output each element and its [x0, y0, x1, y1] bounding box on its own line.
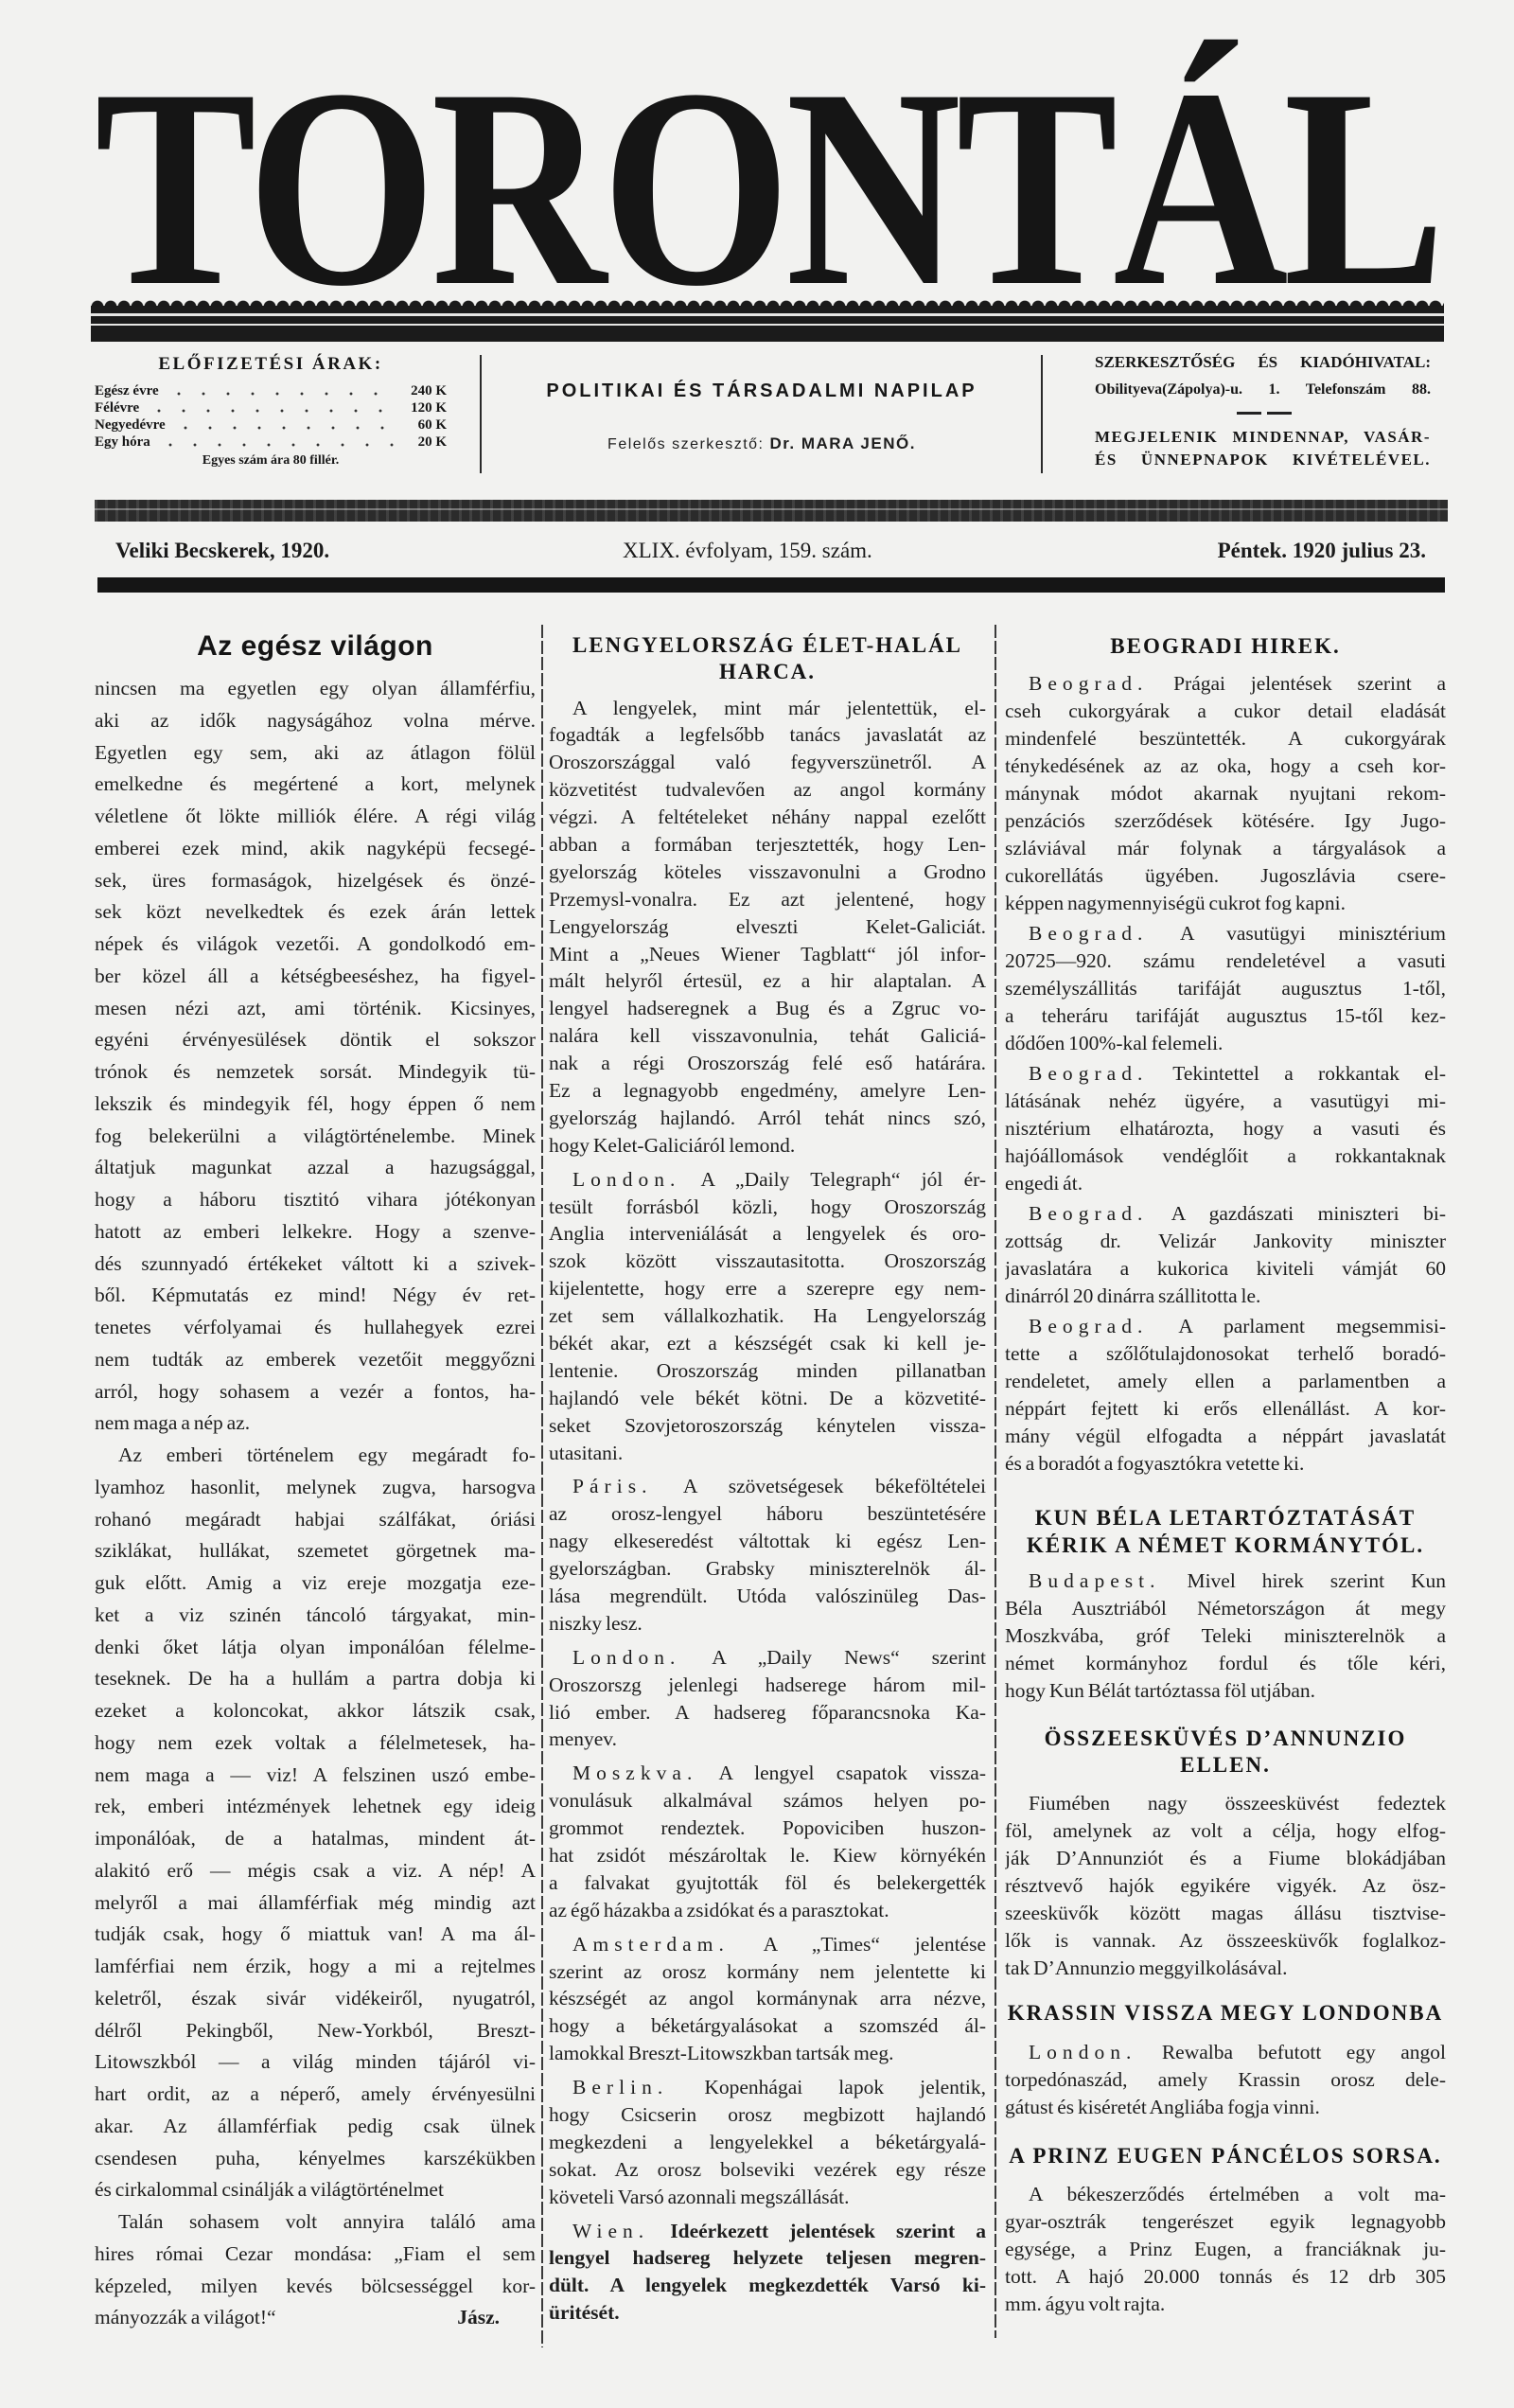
text-line: seket Szovjetoroszország kénytelen vissz… — [549, 1412, 986, 1440]
text-line: fogadták a legfelsőbb tanács javaslatát … — [549, 721, 986, 749]
article-paragraph: Beograd. Tekintettel a rokkantak el-látá… — [1005, 1060, 1446, 1197]
line-text: föl, amelynek az volt a célja, hogy elfo… — [1005, 1819, 1446, 1842]
text-line: dés szunnyadó értékeket váltott ki a szi… — [95, 1248, 536, 1281]
text-line: föl, amelynek az volt a célja, hogy elfo… — [1005, 1817, 1446, 1845]
office-address: Obilityeva(Zápolya)-u. 1. Telefonszám 88… — [1095, 379, 1431, 401]
header-center: POLITIKAI ÉS TÁRSADALMI NAPILAP Felelős … — [483, 352, 1041, 473]
line-text: lengyel hadseregnek a Bug és a Zgruc vo- — [549, 997, 986, 1019]
line-text: A lengyel csapatok vissza- — [697, 1762, 986, 1784]
text-line: London. A „Daily Telegraph“ jól ér- — [549, 1166, 986, 1194]
text-line: hogy a béketárgyalásokat a szomszéd ál- — [549, 2012, 986, 2040]
line-text: ket a viz szinén táncoló tárgyakat, min- — [95, 1603, 536, 1626]
text-line: Beograd. Prágai jelentések szerint a — [1005, 670, 1446, 698]
headline-line: LENGYELORSZÁG ÉLET-HALÁL — [549, 632, 986, 659]
text-line: tenetes vérfolyamai és hullahegyek ezrei — [95, 1312, 536, 1344]
line-text: személyszállitás tarifáját augusztus 1-t… — [1005, 977, 1446, 1000]
text-line: Beograd. Tekintettel a rokkantak el- — [1005, 1060, 1446, 1088]
line-text: mány végül elfogadta a néppárt javaslatá… — [1005, 1425, 1446, 1447]
line-text: dült. A lengyelek megkezdették Varsó ki- — [549, 2274, 986, 2296]
text-line: lengyel hadsereg helyzete teljesen megre… — [549, 2244, 986, 2272]
text-line: nalára kell visszavonulnia, tehát Galici… — [549, 1022, 986, 1050]
text-line: megkezdeni a lengyelekkel a béketárgyalá… — [549, 2129, 986, 2156]
line-text: gyar-osztrák tengerészet egyik legnagyob… — [1005, 2210, 1446, 2233]
line-text: szeesküvők között magas állásu tisztvise… — [1005, 1902, 1446, 1924]
line-text: nalára kell visszavonulnia, tehát Galici… — [549, 1024, 986, 1047]
line-text: rendeletet, amely ellen a parlamentben a — [1005, 1370, 1446, 1392]
line-text: Fiumében nagy összeesküvést fedeztek — [1029, 1792, 1446, 1815]
text-line: arról, hogy sohasem a vezér a fontos, ha… — [95, 1376, 536, 1408]
line-text: készségét az angol kormánynak arra nézve… — [549, 1987, 986, 2010]
text-line: áltatjuk magunkat azzal a hazugsággal, — [95, 1152, 536, 1184]
line-text: ténykedésének az az oka, hogy a cseh kor… — [1005, 754, 1446, 777]
text-line: résztvevő hajók egyikére vigyék. Az ösz- — [1005, 1872, 1446, 1900]
text-line: személyszállitás tarifáját augusztus 1-t… — [1005, 975, 1446, 1002]
line-text: alakitó erő — mégis csak a viz. A nép! A — [95, 1859, 536, 1882]
text-line: szeesküvők között magas állásu tisztvise… — [1005, 1900, 1446, 1927]
text-line: emelkedne és megértené a kort, melynek — [95, 769, 536, 801]
dateline-city: Wien. — [572, 2220, 649, 2242]
text-line: hogy Kun Bélát tartóztassa föl utjában. — [1005, 1677, 1446, 1705]
dateline-city: Beograd. — [1029, 672, 1148, 695]
text-line: vonulásuk alkalmával számos helyen po- — [549, 1787, 986, 1815]
headline-line: BEOGRADI HIREK. — [1005, 633, 1446, 660]
text-line: Amsterdam. A „Times“ jelentése — [549, 1931, 986, 1958]
text-line: tott. A hajó 20.000 tonnás és 12 drb 305 — [1005, 2263, 1446, 2291]
text-line: hogy Kelet-Galiciáról lemond. — [549, 1132, 986, 1160]
text-line: hogy a háboru tisztitó vihara jótékonyan — [95, 1184, 536, 1216]
line-text: népek és világok vezetői. A gondolkodó e… — [95, 932, 536, 955]
text-line: penzációs szerződések kötésére. Igy Jugo… — [1005, 807, 1446, 835]
text-line: ténykedésének az az oka, hogy a cseh kor… — [1005, 752, 1446, 780]
line-text: sek, üres formaságok, hizelgések és önzé… — [95, 869, 536, 892]
line-text: Egyetlen egy sem, aki az átlagon fölül — [95, 741, 536, 764]
article-headline: KRASSIN VISSZA MEGY LONDONBA — [1005, 2000, 1446, 2027]
subscription-period: Félévre — [95, 399, 139, 416]
text-line: Przemysl-vonalra. Ez azt jelentené, hogy — [549, 886, 986, 913]
article-headline: LENGYELORSZÁG ÉLET-HALÁLHARCA. — [549, 632, 986, 685]
line-text: tudják csak, hogy ő miattuk van! A ma ál… — [95, 1922, 536, 1945]
text-line: denki őket látja olyan imponálóan félelm… — [95, 1632, 536, 1664]
line-text: mesen nézi azt, ami történik. Kicsinyes, — [95, 997, 536, 1019]
dateline-city: Beograd. — [1029, 1315, 1148, 1337]
text-line: közvetitést tudvalevően az angol kormány — [549, 776, 986, 804]
line-text: gátust és kiséretét Angliába fogja vinni… — [1005, 2096, 1320, 2118]
text-line: szerint az orosz kormány nem jelentette … — [549, 1958, 986, 1986]
text-line: hogy Csicserin orosz megbizott hajlandó — [549, 2101, 986, 2129]
text-line: hatott az emberi lelkekre. Hogy a szenve… — [95, 1216, 536, 1248]
text-line: gátust és kiséretét Angliába fogja vinni… — [1005, 2094, 1446, 2121]
text-line: javaslatára a kukorica kiviteli vámját 6… — [1005, 1255, 1446, 1283]
headline-line: ELLEN. — [1005, 1752, 1446, 1779]
issue-place: Veliki Becskerek, 1920. — [115, 536, 329, 566]
text-line: Béla Ausztriából Németországon át megy — [1005, 1595, 1446, 1622]
line-text: ezeket a koloncokat, akkor látszik csak, — [95, 1699, 536, 1722]
header-divider — [480, 355, 482, 473]
text-line: dült. A lengyelek megkezdették Varsó ki- — [549, 2272, 986, 2299]
line-text: denki őket látja olyan imponálóan félelm… — [95, 1636, 536, 1658]
author-signature: Jász. — [457, 2302, 500, 2334]
article-headline: KUN BÉLA LETARTÓZTATÁSÁTKÉRIK A NÉMET KO… — [1005, 1504, 1446, 1559]
column-divider — [995, 625, 996, 2338]
line-text: akar. Az államférfiak pedig csak ülnek — [95, 2115, 536, 2137]
publication-schedule: ÉS ÜNNEPNAPOK KIVÉTELÉVEL. — [1095, 449, 1431, 471]
line-text: Moszkvába, gróf Teleki miniszterelnök a — [1005, 1624, 1446, 1647]
line-text: Lengyelország elveszti Kelet-Galiciát. — [549, 915, 986, 938]
text-line: Budapest. Mivel hirek szerint Kun — [1005, 1567, 1446, 1595]
article-paragraph: Amsterdam. A „Times“ jelentéseszerint az… — [549, 1931, 986, 2067]
article-paragraph: A békeszerződés értelmében a volt ma-gya… — [1005, 2181, 1446, 2318]
line-text: hogy Csicserin orosz megbizott hajlandó — [549, 2103, 986, 2126]
line-text: mányozzák a világot!“ — [95, 2306, 276, 2328]
line-text: sek közt nevelkedtek és ezek árán lettek — [95, 900, 536, 923]
masthead-title: TORONTÁL — [95, 45, 1440, 329]
article-paragraph: Beograd. A gazdászati miniszteri bi-zott… — [1005, 1200, 1446, 1310]
subscription-period: Egy hóra — [95, 434, 150, 451]
line-text: tenetes vérfolyamai és hullahegyek ezrei — [95, 1316, 536, 1338]
text-line: lió ember. A hadsereg főparancsnoka Ka- — [549, 1699, 986, 1726]
text-line: dődően 100%-kal felemeli. — [1005, 1030, 1446, 1057]
line-text: A „Daily Telegraph“ jól ér- — [680, 1168, 986, 1191]
editor-name: Dr. MARA JENŐ. — [769, 434, 916, 452]
line-text: és cirkalommal csinálják a világtörténel… — [95, 2178, 444, 2201]
dateline-city: Beograd. — [1029, 1202, 1148, 1225]
article-paragraph: Beograd. Prágai jelentések szerint acseh… — [1005, 670, 1446, 917]
text-line: végzi. A feltételeket néhány nappal ezel… — [549, 804, 986, 831]
line-text: mált helyről értesül, ez a hir alaptalan… — [549, 969, 986, 992]
article-paragraph: London. A „Daily News“ szerintOroszorszg… — [549, 1644, 986, 1754]
office-info: SZERKESZTŐSÉG ÉS KIADÓHIVATAL: Obilityev… — [1095, 351, 1431, 471]
line-text: az égő házakba a zsidókat és a parasztok… — [549, 1899, 889, 1921]
dot-leader — [167, 382, 394, 399]
line-text: Oroszorszg jelenlegi hadserege három mil… — [549, 1673, 986, 1696]
text-line: sek, üres formaságok, hizelgések és önzé… — [95, 865, 536, 897]
headline-line: KÉRIK A NÉMET KORMÁNYTÓL. — [1005, 1532, 1446, 1559]
line-text: hogy nem ezek voltak a félelmetesek, ha- — [95, 1731, 536, 1754]
line-text: fogadták a legfelsőbb tanács javaslatát … — [549, 723, 986, 746]
article-paragraph: Fiumében nagy összeesküvést fedeztekföl,… — [1005, 1790, 1446, 1982]
line-text: csendesen puha, kényelmes karszékükben — [95, 2147, 536, 2169]
text-line: gyar-osztrák tengerészet egyik legnagyob… — [1005, 2208, 1446, 2236]
line-text: és a boradót a fogyasztókra vetette ki. — [1005, 1452, 1304, 1475]
text-line: fog belekerülni a világtörténelembe. Min… — [95, 1121, 536, 1153]
text-line: és cirkalommal csinálják a világtörténel… — [95, 2174, 536, 2206]
line-text: utasitani. — [549, 1442, 623, 1464]
text-line: látásának nehéz ügyére, a vasutügyi mi- — [1005, 1088, 1446, 1115]
subscription-price: 240 K — [401, 382, 447, 399]
line-text: követeli Varsó azonnali megszállását. — [549, 2186, 850, 2208]
line-text: egyéni érvényesülések döntik el sokszor — [95, 1028, 536, 1051]
text-line: lentenie. Oroszország minden pillanatban — [549, 1357, 986, 1385]
text-line: emberei ezek mind, akik nagyképü fecsegé… — [95, 833, 536, 865]
dateline-city: Berlin. — [572, 2076, 668, 2098]
line-text: teseknek. De ha a hullám a partra dobja … — [95, 1667, 536, 1690]
line-text: lió ember. A hadsereg főparancsnoka Ka- — [549, 1701, 986, 1724]
line-text: nem tudták az emberek vezetőit meggyőzni — [95, 1348, 536, 1371]
text-line: követeli Varsó azonnali megszállását. — [549, 2184, 986, 2211]
line-text: guk előtt. Amig a viz ereje mozgatja eze… — [95, 1571, 536, 1594]
text-line: hogy nem ezek voltak a félelmetesek, ha- — [95, 1727, 536, 1760]
text-line: ber közel áll a kétségbeeséshez, ha figy… — [95, 961, 536, 993]
article-paragraph: London. Rewalba befutott egy angoltorped… — [1005, 2039, 1446, 2121]
line-text: hajlandó vele békét kötni. De a közvetit… — [549, 1387, 986, 1409]
line-text: fog belekerülni a világtörténelembe. Min… — [95, 1124, 536, 1147]
text-line: Beograd. A gazdászati miniszteri bi- — [1005, 1200, 1446, 1228]
text-line: Az emberi történelem egy megáradt fo- — [95, 1440, 536, 1472]
text-line: London. A „Daily News“ szerint — [549, 1644, 986, 1672]
text-line: nem tudták az emberek vezetőit meggyőzni — [95, 1344, 536, 1376]
article: LENGYELORSZÁG ÉLET-HALÁLHARCA.A lengyele… — [549, 632, 986, 2327]
subscription-row: Negyedévre 60 K — [95, 416, 447, 434]
text-line: Lengyelország elveszti Kelet-Galiciát. — [549, 913, 986, 941]
line-text: végzi. A feltételeket néhány nappal ezel… — [549, 806, 986, 828]
line-text: Rewalba befutott egy angol — [1136, 2041, 1446, 2063]
line-text: lekszik és mindegyik fél, hogy éppen ő n… — [95, 1092, 536, 1115]
text-line: egysége, a Prinz Eugen, a franciáknak ju… — [1005, 2236, 1446, 2263]
headline-line: Az egész világon — [95, 629, 536, 664]
text-line: délről Pekingből, New-Yorkból, Breszt- — [95, 2015, 536, 2047]
text-line: cseh cukorgyárak a cukor detail eladását — [1005, 698, 1446, 725]
single-issue-price: Egyes szám ára 80 fillér. — [95, 452, 447, 469]
text-line: hajóállomások vendéglőit a rokkantaknak — [1005, 1142, 1446, 1170]
text-line: hires római Cezar mondása: „Fiam el sem — [95, 2239, 536, 2271]
line-text: A vasutügyi minisztérium — [1148, 922, 1446, 945]
line-text: szláviával már folynak a tárgyalások a — [1005, 837, 1446, 859]
line-text: imponálóak, de a hatalmas, mindent át- — [95, 1827, 536, 1850]
issue-volume: XLIX. évfolyam, 159. szám. — [623, 536, 872, 566]
text-line: Oroszorszg jelenlegi hadserege három mil… — [549, 1672, 986, 1699]
line-text: sziklákat, hullákat, szemetet görgetnek … — [95, 1539, 536, 1562]
subscription-period: Negyedévre — [95, 416, 166, 434]
text-line: utasitani. — [549, 1440, 986, 1467]
subscription-price: 60 K — [401, 416, 447, 434]
text-line: lamférfiai nem érzik, hogy a mi a rejtel… — [95, 1951, 536, 1983]
text-line: egyéni érvényesülések döntik el sokszor — [95, 1024, 536, 1056]
text-line: tudják csak, hogy ő miattuk van! A ma ál… — [95, 1919, 536, 1951]
line-text: ják D’Annunziót és a Fiume blokádjában — [1005, 1847, 1446, 1869]
line-text: A parlament megsemmisi- — [1148, 1315, 1446, 1337]
line-text: tak D’Annunzio meggyilkolásával. — [1005, 1956, 1288, 1979]
line-text: Kopenhágai lapok jelentik, — [668, 2076, 986, 2098]
line-text: hogy a béketárgyalásokat a szomszéd ál- — [549, 2014, 986, 2037]
article-paragraph: London. A „Daily Telegraph“ jól ér-tesül… — [549, 1166, 986, 1467]
line-text: Litowszkból — a világ minden tájáról vi- — [95, 2050, 536, 2073]
article-paragraph: Talán sohasem volt annyira találó amahir… — [95, 2206, 536, 2334]
text-line: Jász.mányozzák a világot!“ — [95, 2302, 536, 2334]
line-text: penzációs szerződések kötésére. Igy Jugo… — [1005, 809, 1446, 832]
line-text: zottság dr. Velizár Jankovity miniszter — [1005, 1230, 1446, 1252]
line-text: Przemysl-vonalra. Ez azt jelentené, hogy — [549, 888, 986, 911]
headline-line: ÖSSZEESKÜVÉS D’ANNUNZIO — [1005, 1726, 1446, 1752]
line-text: arról, hogy sohasem a vezér a fontos, ha… — [95, 1380, 536, 1403]
line-text: rek, emberi intézmények lehetnek egy ide… — [95, 1795, 536, 1817]
line-text: egysége, a Prinz Eugen, a franciáknak ju… — [1005, 2238, 1446, 2260]
line-text: délről Pekingből, New-Yorkból, Breszt- — [95, 2019, 536, 2042]
line-text: látásának nehéz ügyére, a vasutügyi mi- — [1005, 1089, 1446, 1112]
text-line: imponálóak, de a hatalmas, mindent át- — [95, 1823, 536, 1855]
line-text: Az emberi történelem egy megáradt fo- — [118, 1443, 536, 1466]
text-line: lása megrendült. Utóda valószinüleg Das- — [549, 1583, 986, 1610]
line-text: A „Times“ jelentése — [730, 1933, 986, 1956]
line-text: lentenie. Oroszország minden pillanatban — [549, 1359, 986, 1382]
publication-schedule: MEGJELENIK MINDENNAP, VASÁR- — [1095, 426, 1431, 449]
subscription-row: Egész évre 240 K — [95, 382, 447, 399]
line-text: cseh cukorgyárak a cukor detail eladását — [1005, 699, 1446, 722]
text-line: mindenfelé beszüntették. A cukorgyárak — [1005, 725, 1446, 752]
text-line: Mint a „Neues Wiener Tagblatt“ jól infor… — [549, 941, 986, 968]
text-line: grommot rendeztek. Popoviciben huszon- — [549, 1815, 986, 1842]
paper-tagline: POLITIKAI ÉS TÁRSADALMI NAPILAP — [483, 378, 1041, 404]
line-text: képzeled, milyen kevés bölcsességgel kor… — [95, 2275, 536, 2297]
line-text: A gazdászati miniszteri bi- — [1148, 1202, 1446, 1225]
line-text: néppárt fejtett ki erős ellenállást. A k… — [1005, 1397, 1446, 1420]
text-line: A lengyelek, mint már jelentettük, el- — [549, 695, 986, 722]
line-text: emelkedne és megértené a kort, melynek — [95, 772, 536, 795]
line-text: Mivel hirek szerint Kun — [1161, 1569, 1446, 1592]
text-line: dinárról 20 dinárra szállitotta le. — [1005, 1283, 1446, 1310]
line-text: tott. A hajó 20.000 tonnás és 12 drb 305 — [1005, 2265, 1446, 2288]
article-headline: Az egész világon — [95, 629, 536, 664]
text-line: Fiumében nagy összeesküvést fedeztek — [1005, 1790, 1446, 1817]
line-text: melyről a mai államférfiak még mindig az… — [95, 1891, 536, 1914]
text-line: mány végül elfogadta a néppárt javaslatá… — [1005, 1423, 1446, 1450]
line-text: szerint az orosz kormány nem jelentette … — [549, 1960, 986, 1983]
text-line: ket a viz szinén táncoló tárgyakat, min- — [95, 1600, 536, 1632]
text-line: Beograd. A parlament megsemmisi- — [1005, 1313, 1446, 1340]
text-line: tesült forrásból közli, hogy Oroszország — [549, 1194, 986, 1221]
text-line: ják D’Annunziót és a Fiume blokádjában — [1005, 1845, 1446, 1872]
text-line: Anglia interveniálását a lengyelek és or… — [549, 1220, 986, 1248]
issue-date: Péntek. 1920 julius 23. — [1218, 536, 1426, 566]
text-line: gyelország hajlandó. Arról tehát nincs s… — [549, 1105, 986, 1132]
text-line: véletlene őt lökte milliók élére. A régi… — [95, 801, 536, 833]
article-paragraph: Az emberi történelem egy megáradt fo-lya… — [95, 1440, 536, 2206]
line-text: hogy Kelet-Galiciáról lemond. — [549, 1134, 795, 1157]
line-text: cukorellátás ügyében. Jugoszlávia csere- — [1005, 864, 1446, 887]
line-text: gyelország hajlandó. Arról tehát nincs s… — [549, 1107, 986, 1129]
line-text: Tekintettel a rokkantak el- — [1148, 1062, 1446, 1085]
line-text: javaslatára a kukorica kiviteli vámját 6… — [1005, 1257, 1446, 1280]
text-line: Berlin. Kopenhágai lapok jelentik, — [549, 2074, 986, 2101]
line-text: tette a szőlőtulajdonosokat terhelő bora… — [1005, 1342, 1446, 1365]
line-text: hogy a háboru tisztitó vihara jótékonyan — [95, 1188, 536, 1211]
line-text: A békeszerződés értelmében a volt ma- — [1029, 2183, 1446, 2205]
line-text: áltatjuk magunkat azzal a hazugsággal, — [95, 1156, 536, 1178]
article-paragraph: Beograd. A parlament megsemmisi-tette a … — [1005, 1313, 1446, 1478]
line-text: nak a régi Oroszország felé eső határára… — [549, 1052, 986, 1074]
line-text: abban a formában terjesztették, hogy Len… — [549, 833, 986, 856]
line-text: dődően 100%-kal felemeli. — [1005, 1032, 1223, 1054]
line-text: Mint a „Neues Wiener Tagblatt“ jól infor… — [549, 943, 986, 965]
text-line: lők is vannak. Az összeesküvők foglalkoz… — [1005, 1927, 1446, 1955]
dateline-city: Amsterdam. — [572, 1933, 730, 1956]
line-text: lők is vannak. Az összeesküvők foglalkoz… — [1005, 1929, 1446, 1952]
line-text: hires római Cezar mondása: „Fiam el sem — [95, 2242, 536, 2265]
line-text: zet sem vállalkozhatik. Ha Lengyelország — [549, 1304, 986, 1327]
line-text: az orosz-lengyel háboru beszüntetésére — [549, 1502, 986, 1525]
text-line: engedi át. — [1005, 1170, 1446, 1197]
line-text: képpen nagymennyiségü cukrot fog kapni. — [1005, 892, 1346, 914]
subscription-row: Egy hóra 20 K — [95, 434, 447, 451]
text-line: A békeszerződés értelmében a volt ma- — [1005, 2181, 1446, 2208]
text-line: Litowszkból — a világ minden tájáról vi- — [95, 2046, 536, 2079]
text-line: Moszkvába, gróf Teleki miniszterelnök a — [1005, 1622, 1446, 1650]
line-text: trónok és nemzetek sorsát. Mindegyik tü- — [95, 1060, 536, 1083]
line-text: hart ordit, az a néperő, amely érvényesü… — [95, 2082, 536, 2105]
text-line: szláviával már folynak a tárgyalások a — [1005, 835, 1446, 862]
text-line: sokat. Az orosz bolseviki vezérek egy ré… — [549, 2156, 986, 2184]
line-text: hat zsidót mészároltak le. Kiew környéké… — [549, 1844, 986, 1867]
article-paragraph: Berlin. Kopenhágai lapok jelentik,hogy C… — [549, 2074, 986, 2210]
line-text: lengyel hadsereg helyzete teljesen megre… — [549, 2246, 986, 2269]
text-line: üritését. — [549, 2299, 986, 2327]
line-text: Ez a legnagyobb engedmény, amelyre Len- — [549, 1079, 986, 1102]
text-line: keletről, észak sivár vidékeiről, nyugat… — [95, 1983, 536, 2015]
line-text: lamférfiai nem érzik, hogy a mi a rejtel… — [95, 1955, 536, 1977]
text-line: tette a szőlőtulajdonosokat terhelő bora… — [1005, 1340, 1446, 1368]
text-line: mált helyről értesül, ez a hir alaptalan… — [549, 967, 986, 995]
line-text: üritését. — [549, 2301, 620, 2324]
text-line: hat zsidót mészároltak le. Kiew környéké… — [549, 1842, 986, 1869]
line-text: nem maga a — viz! A felszinen uszó embe- — [95, 1763, 536, 1786]
article: BEOGRADI HIREK.Beograd. Prágai jelentése… — [1005, 633, 1446, 1478]
text-line: Páris. A szövetségesek békeföltételei — [549, 1473, 986, 1500]
line-text: aki az idők nagyságához volna mérve. — [95, 709, 536, 732]
text-line: néppárt fejtett ki erős ellenállást. A k… — [1005, 1395, 1446, 1423]
dateline-city: Moszkva. — [572, 1762, 697, 1784]
editor-credit: Felelős szerkesztő: Dr. MARA JENŐ. — [483, 432, 1041, 457]
line-text: torpedónaszád, amely Krassin orosz dele- — [1005, 2068, 1446, 2091]
article-paragraph: A lengyelek, mint már jelentettük, el-fo… — [549, 695, 986, 1160]
article-paragraph: Páris. A szövetségesek békeföltételeiaz … — [549, 1473, 986, 1637]
line-text: vonulásuk alkalmával számos helyen po- — [549, 1789, 986, 1812]
article: Az egész világonnincsen ma egyetlen egy … — [95, 629, 536, 2334]
text-line: mánynak módot akarnak nyujtani rekom- — [1005, 780, 1446, 807]
line-text: német kormányhoz fordul és tőle kéri, — [1005, 1652, 1446, 1674]
line-text: sokat. Az orosz bolseviki vezérek egy ré… — [549, 2158, 986, 2181]
article: KRASSIN VISSZA MEGY LONDONBALondon. Rewa… — [1005, 2000, 1446, 2121]
text-line: tak D’Annunzio meggyilkolásával. — [1005, 1955, 1446, 1982]
subscription-prices: ELŐFIZETÉSI ÁRAK: Egész évre 240 K Félév… — [95, 352, 447, 469]
line-text: a teheráru tarifáját augusztus 15-től ke… — [1005, 1004, 1446, 1027]
text-line: trónok és nemzetek sorsát. Mindegyik tü- — [95, 1056, 536, 1089]
text-line: békét akar, ezt a készségét csak ki kell… — [549, 1330, 986, 1357]
line-text: Talán sohasem volt annyira találó ama — [118, 2210, 536, 2233]
line-text: nisztérium elhatározta, hogy a vasuti és — [1005, 1117, 1446, 1140]
text-line: sziklákat, hullákat, szemetet görgetnek … — [95, 1535, 536, 1567]
line-text: niszky lesz. — [549, 1612, 643, 1635]
line-text: hogy Kun Bélát tartóztassa föl utjában. — [1005, 1679, 1315, 1702]
text-line: ből. Képmutatás ez mind! Négy év ret- — [95, 1280, 536, 1312]
text-line: gyelország köteles visszavonulni a Grodn… — [549, 859, 986, 886]
text-line: London. Rewalba befutott egy angol — [1005, 2039, 1446, 2066]
line-text: lyamhoz hasonlit, melynek zugva, harsogv… — [95, 1476, 536, 1498]
text-line: Beograd. A vasutügyi minisztérium — [1005, 920, 1446, 947]
text-line: lengyel hadseregnek a Bug és a Zgruc vo- — [549, 995, 986, 1022]
office-title: SZERKESZTŐSÉG ÉS KIADÓHIVATAL: — [1095, 351, 1431, 374]
line-text: mindenfelé beszüntették. A cukorgyárak — [1005, 727, 1446, 750]
article-headline: ÖSSZEESKÜVÉS D’ANNUNZIOELLEN. — [1005, 1726, 1446, 1779]
line-text: ber közel áll a kétségbeeséshez, ha figy… — [95, 965, 536, 987]
text-line: rendeletet, amely ellen a parlamentben a — [1005, 1368, 1446, 1395]
editor-label: Felelős szerkesztő: — [607, 436, 764, 452]
line-text: dés szunnyadó értékeket váltott ki a szi… — [95, 1252, 536, 1275]
text-line: nagy elkeseredést váltottak ki egész Len… — [549, 1528, 986, 1555]
dot-leader — [147, 399, 394, 416]
line-text: dinárról 20 dinárra szállitotta le. — [1005, 1284, 1260, 1307]
text-line: sek közt nevelkedtek és ezek árán lettek — [95, 896, 536, 929]
text-line: mm. ágyu volt rajta. — [1005, 2291, 1446, 2318]
subscription-title: ELŐFIZETÉSI ÁRAK: — [95, 352, 447, 377]
